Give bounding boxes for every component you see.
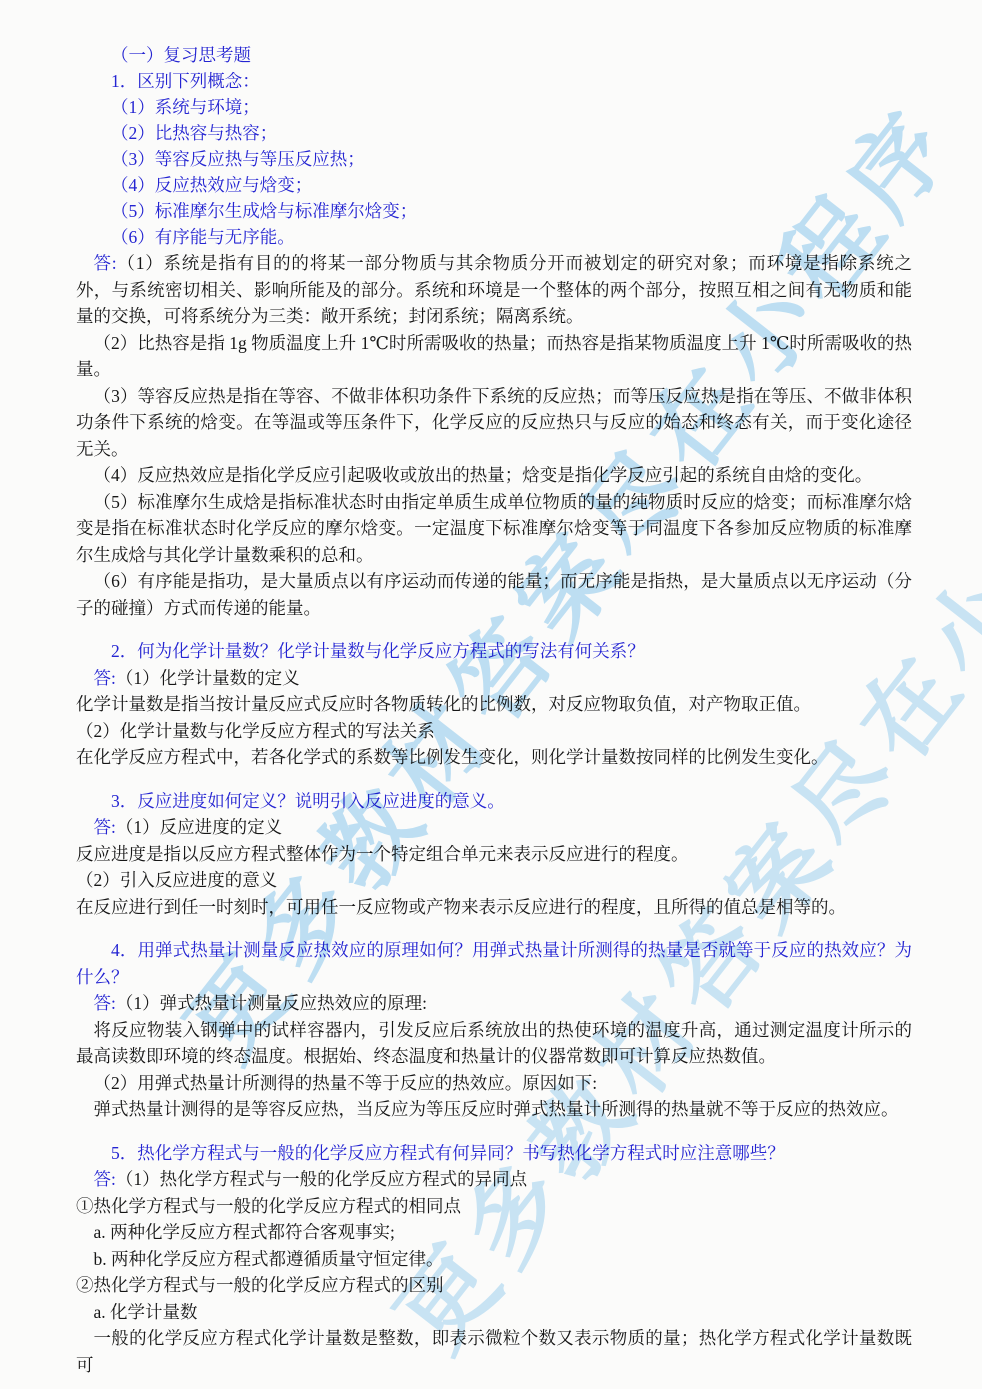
answer-1-3: （3）等容反应热是指在等容、不做非体积功条件下系统的反应热；而等压反应热是指在等… [76,383,912,463]
paragraph-text: （1）反应进度的定义 [116,817,282,837]
answer-4-1: 答:（1）弹式热量计测量反应热效应的原理: [76,990,912,1017]
answer-4-2: 将反应物装入钢弹中的试样容器内，引发反应后系统放出的热使环境的温度升高，通过测定… [76,1017,912,1070]
answer-1-1: 答:（1）系统是指有目的的将某一部分物质与其余物质分开而被划定的研究对象；而环境… [76,250,912,330]
paragraph-text: （1）弹式热量计测量反应热效应的原理: [116,993,427,1013]
question-2-heading: 2．何为化学计量数？化学计量数与化学反应方程式的写法有何关系？ [76,638,912,665]
answer-prefix: 答: [94,1169,116,1189]
answer-2-3: （2）化学计量数与化学反应方程式的写法关系 [76,718,912,745]
answer-2-4: 在化学反应方程式中，若各化学式的系数等比例发生变化，则化学计量数按同样的比例发生… [76,744,912,771]
paragraph-text: （1）化学计量数的定义 [116,668,300,688]
question-5-heading: 5．热化学方程式与一般的化学反应方程式有何异同？书写热化学方程式时应注意哪些？ [76,1140,912,1167]
answer-prefix: 答: [94,993,116,1013]
answer-4-3: （2）用弹式热量计所测得的热量不等于反应的热效应。原因如下: [76,1070,912,1097]
answer-4-4: 弹式热量计测得的是等容反应热，当反应为等压反应时弹式热量计所测得的热量就不等于反… [76,1096,912,1123]
section-title: （一）复习思考题 [76,42,912,68]
concept-item-2: （2）比热容与热容； [76,120,912,146]
answer-prefix: 答: [94,817,116,837]
answer-5-4: b. 两种化学反应方程式都遵循质量守恒定律。 [76,1246,912,1273]
answer-5-5: ②热化学方程式与一般的化学反应方程式的区别 [76,1272,912,1299]
answer-5-7: 一般的化学反应方程式化学计量数是整数，即表示微粒个数又表示物质的量；热化学方程式… [76,1325,912,1378]
concept-item-4: （4）反应热效应与焓变； [76,172,912,198]
paragraph-text: （1）系统是指有目的的将某一部分物质与其余物质分开而被划定的研究对象；而环境是指… [76,253,912,326]
answer-3-3: （2）引入反应进度的意义 [76,867,912,894]
answer-3-1: 答:（1）反应进度的定义 [76,814,912,841]
answer-5-3: a. 两种化学反应方程式都符合客观事实; [76,1219,912,1246]
answer-2-2: 化学计量数是指当按计量反应式反应时各物质转化的比例数，对反应物取负值，对产物取正… [76,691,912,718]
answer-1-6: （6）有序能是指功，是大量质点以有序运动而传递的能量；而无序能是指热，是大量质点… [76,568,912,621]
concept-item-6: （6）有序能与无序能。 [76,224,912,250]
answer-3-2: 反应进度是指以反应方程式整体作为一个特定组合单元来表示反应进行的程度。 [76,841,912,868]
question-1-heading: 1．区别下列概念： [76,68,912,94]
answer-5-6: a. 化学计量数 [76,1299,912,1326]
answer-3-4: 在反应进行到任一时刻时，可用任一反应物或产物来表示反应进行的程度，且所得的值总是… [76,894,912,921]
concept-item-3: （3）等容反应热与等压反应热； [76,146,912,172]
answer-1-4: （4）反应热效应是指化学反应引起吸收或放出的热量；焓变是指化学反应引起的系统自由… [76,462,912,489]
document-page: 更多教材答案尽在小程序 更多教材答案尽在小程序 （一）复习思考题1．区别下列概念… [0,0,982,1389]
question-4-heading: 4．用弹式热量计测量反应热效应的原理如何？用弹式热量计所测得的热量是否就等于反应… [76,937,912,990]
question-3-heading: 3．反应进度如何定义？说明引入反应进度的意义。 [76,788,912,815]
answer-5-2: ①热化学方程式与一般的化学反应方程式的相同点 [76,1193,912,1220]
answer-2-1: 答:（1）化学计量数的定义 [76,665,912,692]
answer-prefix: 答: [94,668,116,688]
paragraph-text: （1）热化学方程式与一般的化学反应方程式的异同点 [116,1169,527,1189]
answer-1-5: （5）标准摩尔生成焓是指标准状态时由指定单质生成单位物质的量的纯物质时反应的焓变… [76,489,912,569]
answer-5-1: 答:（1）热化学方程式与一般的化学反应方程式的异同点 [76,1166,912,1193]
concept-item-1: （1）系统与环境； [76,94,912,120]
answer-prefix: 答: [94,253,117,273]
document-content: （一）复习思考题1．区别下列概念：（1）系统与环境；（2）比热容与热容；（3）等… [0,0,982,1378]
answer-1-2: （2）比热容是指 1g 物质温度上升 1℃时所需吸收的热量；而热容是指某物质温度… [76,330,912,383]
concept-item-5: （5）标准摩尔生成焓与标准摩尔焓变； [76,198,912,224]
